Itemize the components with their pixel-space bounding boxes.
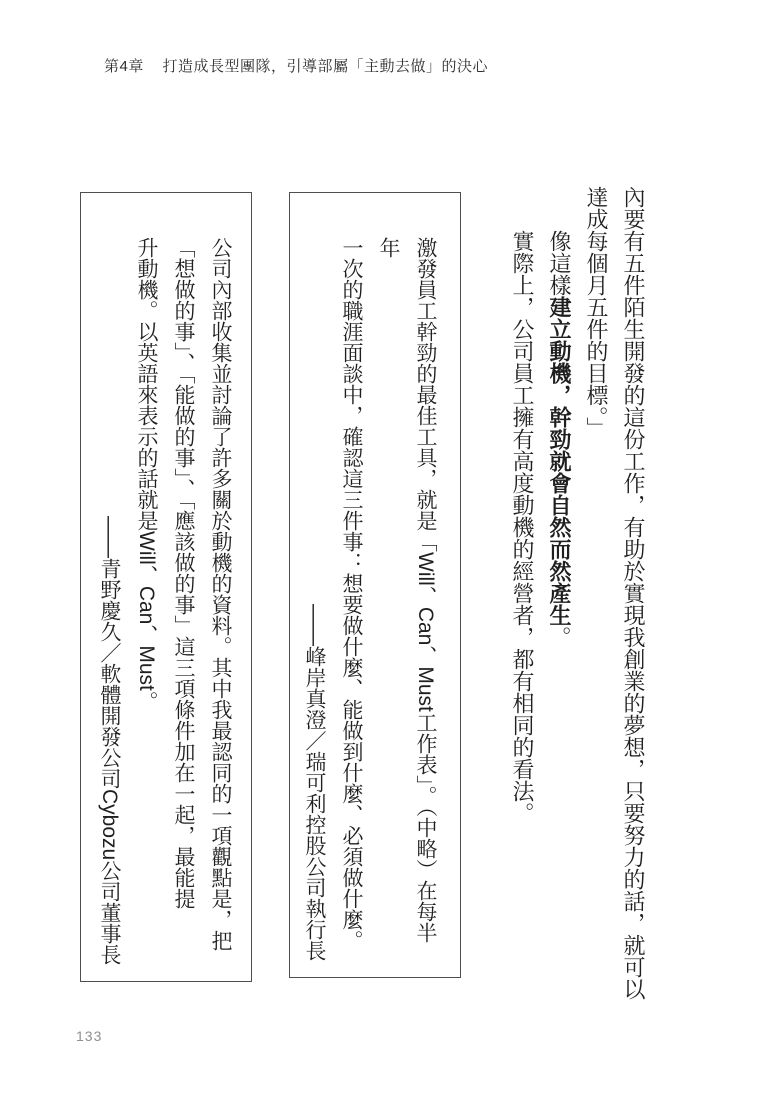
quote-line: 升動機。以英語來表示的話就是Will、Can、Must。 (128, 237, 165, 965)
quote-attribution: ——峰岸真澄／瑞可利控股公司執行長 (296, 237, 333, 961)
text-line-emphasis: 像這樣建立動機，幹勁就會自然而然產生。 (541, 186, 578, 1018)
text-segment: 。 (547, 626, 572, 648)
text-line: 達成每個月五件的目標。」 (578, 186, 615, 1018)
text-line: 實際上，公司員工擁有高度動機的經營者，都有相同的看法。 (504, 186, 541, 1018)
opening-paragraph: 內要有五件陌生開發的這份工作，有助於實現我創業的夢想，只要努力的話，就可以 達成… (504, 186, 652, 1018)
page-number: 133 (76, 1028, 102, 1044)
chapter-title: 打造成長型團隊，引導部屬「主動去做」的決心 (163, 58, 489, 75)
quote-box-cybozu: 公司內部收集並討論了許多關於動機的資料。其中我最認同的一項觀點是，把 「想做的事… (80, 192, 252, 982)
quote-line: 公司內部收集並討論了許多關於動機的資料。其中我最認同的一項觀點是，把 (202, 237, 239, 965)
quote-box-recruit: 激發員工幹勁的最佳工具，就是「Will、Can、Must工作表」。（中略）在每半… (289, 192, 461, 978)
chapter-header: 第4章 打造成長型團隊，引導部屬「主動去做」的決心 (104, 55, 488, 76)
quote-attribution: ——青野慶久／軟體開發公司Cybozu公司董事長 (91, 237, 128, 965)
quote-line: 「想做的事」、「能做的事」、「應該做的事」這三項條件加在一起，最能提 (165, 237, 202, 965)
quote-line: 激發員工幹勁的最佳工具，就是「Will、Can、Must工作表」。（中略）在每半… (370, 237, 444, 961)
text-line: 內要有五件陌生開發的這份工作，有助於實現我創業的夢想，只要努力的話，就可以 (615, 186, 652, 1018)
text-segment: 像這樣 (547, 230, 572, 296)
quote-line: 一次的職涯面談中，確認這三件事：想要做什麼、能做到什麼、必須做什麼。 (333, 237, 370, 961)
bold-text-segment: 建立動機，幹勁就會自然而然產生 (547, 296, 572, 626)
chapter-number: 第4章 (104, 58, 144, 75)
book-page: 第4章 打造成長型團隊，引導部屬「主動去做」的決心 內要有五件陌生開發的這份工作… (0, 0, 775, 1100)
